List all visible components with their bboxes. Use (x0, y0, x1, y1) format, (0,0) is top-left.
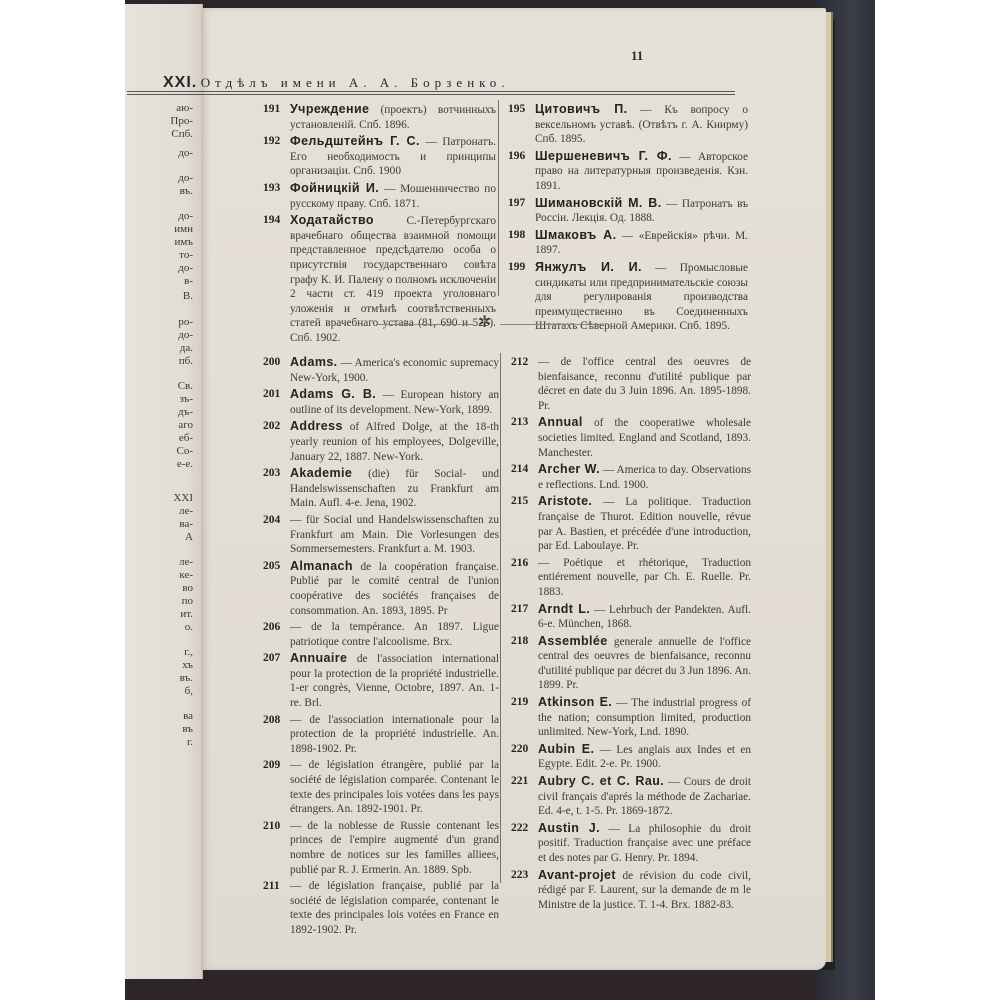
catalog-entry: 217Arndt L. — Lehrbuch der Pandekten. Au… (511, 602, 751, 632)
entry-number: 204 (263, 513, 280, 528)
entry-number: 212 (511, 355, 528, 370)
entry-number: 219 (511, 695, 528, 710)
left-page-text-fragment: еб- (125, 432, 195, 445)
left-page-text-fragment: зъ- (125, 393, 195, 406)
left-page-text-fragment: ро- (125, 316, 195, 329)
left-page-text-fragment: е-е. (125, 458, 195, 471)
section-title: Отдѣлъ имени А. А. Борзенко. (201, 75, 510, 90)
entry-heading: Address (290, 419, 343, 433)
catalog-entry: 200Adams. — America's economic supremacy… (263, 355, 499, 385)
catalog-entry: 191Учреждение (проектъ) вотчинныхъ устан… (263, 102, 496, 132)
entry-number: 217 (511, 602, 528, 617)
left-page-text-fragment: пб. (125, 355, 195, 368)
column-divider-top (498, 100, 499, 296)
entry-heading: Учреждение (290, 102, 369, 116)
entry-number: 207 (263, 651, 280, 666)
entry-number: 214 (511, 462, 528, 477)
catalog-entry: 205Almanach de la coopération française.… (263, 559, 499, 618)
entry-heading: Almanach (290, 559, 353, 573)
entry-heading: Annuaire (290, 651, 347, 665)
entry-number: 215 (511, 494, 528, 509)
entry-number: 205 (263, 559, 280, 574)
catalog-entry: 198Шмаковъ А. — «Еврейскія» рѣчи. М. 189… (508, 228, 748, 258)
page-number: 11 (631, 48, 643, 64)
left-page-text-fragment: Спб. (125, 128, 195, 141)
catalog-entry: 212— de l'office central des oeuvres de … (511, 355, 751, 413)
catalog-entry: 199Янжулъ И. И. — Промысловые синдикаты … (508, 260, 748, 334)
left-page-text-fragment: до- (125, 262, 195, 275)
entry-number: 192 (263, 134, 280, 149)
russian-entries-right-column: 195Цитовичъ П. — Къ вопросу о вексельном… (508, 102, 748, 336)
entry-heading: Цитовичъ П. (535, 102, 627, 116)
left-page-text-fragment: по (125, 595, 195, 608)
entry-number: 197 (508, 196, 525, 211)
entry-number: 193 (263, 181, 280, 196)
left-page-text-fragment: Про- (125, 115, 195, 128)
left-page-text-fragment: въ (125, 723, 195, 736)
left-page-text-fragment: ва (125, 710, 195, 723)
left-page-text-fragment: ле- (125, 556, 195, 569)
left-page-text-fragment: А (125, 531, 195, 544)
entry-description: — de la tempérance. An 1897. Ligue patri… (290, 621, 499, 648)
entry-number: 198 (508, 228, 525, 243)
entry-heading: Aubry C. et C. Rau. (538, 774, 664, 788)
catalog-entry: 207Annuaire de l'association internation… (263, 651, 499, 710)
left-page-text-fragment: въ. (125, 185, 195, 198)
entry-heading: Янжулъ И. И. (535, 260, 642, 274)
catalog-entry: 211— de législation française, publié pa… (263, 879, 499, 937)
catalog-entry: 208— de l'association internationale pou… (263, 713, 499, 757)
left-page-text-fragment: ва- (125, 518, 195, 531)
left-page-text-fragment: ле- (125, 505, 195, 518)
catalog-entry: 221Aubry C. et C. Rau. — Cours de droit … (511, 774, 751, 819)
left-page-text-fragment: б, (125, 685, 195, 698)
left-page-text-fragment: г., (125, 646, 195, 659)
ornament-star-icon: ✲ (478, 312, 491, 331)
section-heading: XXI. Отдѣлъ имени А. А. Борзенко. (163, 74, 733, 92)
entry-number: 223 (511, 868, 528, 883)
column-divider-bottom (500, 353, 501, 883)
entry-number: 200 (263, 355, 280, 370)
catalog-entry: 223Avant-projet de révision du code civi… (511, 868, 751, 913)
left-page-text-fragment: в- (125, 275, 195, 288)
left-page-text-fragment: аю- (125, 102, 195, 115)
left-page-text-fragment: то- (125, 249, 195, 262)
entry-number: 210 (263, 819, 280, 834)
left-page-text-fragment: хъ (125, 659, 195, 672)
left-page-text-fragment: о. (125, 621, 195, 634)
entry-number: 221 (511, 774, 528, 789)
entry-description: — de l'association internationale pour l… (290, 714, 499, 755)
entry-number: 194 (263, 213, 280, 228)
catalog-entry: 220Aubin E. — Les anglais aux Indes et e… (511, 742, 751, 772)
entry-number: 202 (263, 419, 280, 434)
entry-heading: Adams. (290, 355, 338, 369)
section-roman-numeral: XXI. (163, 74, 197, 91)
left-page-text-fragment: во (125, 582, 195, 595)
left-page-text-fragment: ке- (125, 569, 195, 582)
russian-entries-left-column: 191Учреждение (проектъ) вотчинныхъ устан… (263, 102, 496, 348)
entry-description: — de législation française, publié par l… (290, 880, 499, 936)
left-page-text-fragment: Св. (125, 380, 195, 393)
catalog-entry: 204— für Social und Handelswissenschafte… (263, 513, 499, 557)
entry-heading: Шмаковъ А. (535, 228, 616, 242)
entry-number: 218 (511, 634, 528, 649)
entry-heading: Шимановскій М. В. (535, 196, 662, 210)
left-page: аю-Про-Спб.до-до-въ.до-имнимъто-до-в-В.р… (125, 4, 203, 979)
catalog-entry: 202Address of Alfred Dolge, at the 18-th… (263, 419, 499, 464)
entry-heading: Фойницкій И. (290, 181, 379, 195)
left-page-text-fragment: до- (125, 147, 195, 160)
left-page-text-fragment: XXI (125, 492, 195, 505)
entry-number: 191 (263, 102, 280, 117)
catalog-entry: 215Aristote. — La politique. Traduction … (511, 494, 751, 553)
left-page-text-fragment: дъ- (125, 406, 195, 419)
entry-number: 216 (511, 556, 528, 571)
catalog-entry: 193Фойницкій И. — Мошенничество по русск… (263, 181, 496, 211)
left-page-text-fragment: имъ (125, 236, 195, 249)
left-page-text-fragment: Со- (125, 445, 195, 458)
entry-heading: Atkinson E. (538, 695, 612, 709)
catalog-entry: 222Austin J. — La philosophie du droit p… (511, 821, 751, 866)
entry-number: 199 (508, 260, 525, 275)
entry-number: 211 (263, 879, 280, 894)
left-page-text-fragment: въ. (125, 672, 195, 685)
entry-description: — Poétique et rhétorique, Traduction ent… (538, 557, 751, 598)
ornament-rule-left (378, 324, 474, 325)
left-page-text-fragment: да. (125, 342, 195, 355)
left-page-text-fragment: до- (125, 210, 195, 223)
catalog-entry: 196Шершеневичъ Г. Ф. — Авторское право н… (508, 149, 748, 194)
catalog-entry: 210— de la noblesse de Russie contenant … (263, 819, 499, 877)
entry-heading: Akademie (290, 466, 352, 480)
left-page-text-fragment: В. (125, 290, 195, 303)
entry-heading: Ходатайство (290, 213, 374, 227)
entry-description: — für Social und Handelswissenschaften z… (290, 514, 499, 555)
entry-heading: Assemblée (538, 634, 608, 648)
catalog-entry: 213Annual of the cooperatiwe wholesale s… (511, 415, 751, 460)
entry-number: 208 (263, 713, 280, 728)
entry-number: 222 (511, 821, 528, 836)
left-page-text-fragment: имн (125, 223, 195, 236)
catalog-entry: 203Akademie (die) für Social- und Handel… (263, 466, 499, 511)
left-page-text-fragment: ит. (125, 608, 195, 621)
entry-number: 206 (263, 620, 280, 635)
foreign-entries-right-column: 212— de l'office central des oeuvres de … (511, 355, 751, 914)
entry-heading: Шершеневичъ Г. Ф. (535, 149, 672, 163)
entry-heading: Arndt L. (538, 602, 590, 616)
ornament-rule-right (500, 324, 600, 325)
left-page-text-fragment: до- (125, 329, 195, 342)
entry-description: — de l'office central des oeuvres de bie… (538, 356, 751, 412)
catalog-entry: 214Archer W. — America to day. Observati… (511, 462, 751, 492)
left-page-text-fragment: до- (125, 172, 195, 185)
catalog-entry: 197Шимановскій М. В. — Патронатъ въ Росс… (508, 196, 748, 226)
entry-number: 203 (263, 466, 280, 481)
entry-number: 220 (511, 742, 528, 757)
catalog-entry: 209— de législation étrangère, publié pa… (263, 758, 499, 816)
entry-heading: Austin J. (538, 821, 600, 835)
foreign-entries-left-column: 200Adams. — America's economic supremacy… (263, 355, 499, 940)
catalog-entry: 206— de la tempérance. An 1897. Ligue pa… (263, 620, 499, 649)
entry-description: — de législation étrangère, publié par l… (290, 759, 499, 815)
catalog-entry: 218Assemblée generale annuelle de l'offi… (511, 634, 751, 693)
entry-heading: Adams G. B. (290, 387, 376, 401)
entry-number: 201 (263, 387, 280, 402)
catalog-entry: 219Atkinson E. — The industrial progress… (511, 695, 751, 740)
entry-heading: Archer W. (538, 462, 600, 476)
left-page-text-fragment: г. (125, 736, 195, 749)
catalog-entry: 194Ходатайство С.-Петербургскаго врачебн… (263, 213, 496, 345)
entry-number: 195 (508, 102, 525, 117)
entry-heading: Фельдштейнъ Г. С. (290, 134, 420, 148)
entry-heading: Aristote. (538, 494, 592, 508)
catalog-entry: 195Цитовичъ П. — Къ вопросу о вексельном… (508, 102, 748, 147)
entry-heading: Avant-projet (538, 868, 616, 882)
entry-number: 196 (508, 149, 525, 164)
heading-double-rule (127, 91, 735, 95)
entry-description: — de la noblesse de Russie contenant les… (290, 820, 499, 876)
entry-heading: Annual (538, 415, 583, 429)
entry-number: 213 (511, 415, 528, 430)
entry-number: 209 (263, 758, 280, 773)
catalog-entry: 201Adams G. B. — European history an out… (263, 387, 499, 417)
catalog-entry: 192Фельдштейнъ Г. С. — Патронатъ. Его не… (263, 134, 496, 179)
catalog-entry: 216— Poétique et rhétorique, Traduction … (511, 556, 751, 600)
left-page-text-fragment: аго (125, 419, 195, 432)
entry-heading: Aubin E. (538, 742, 594, 756)
